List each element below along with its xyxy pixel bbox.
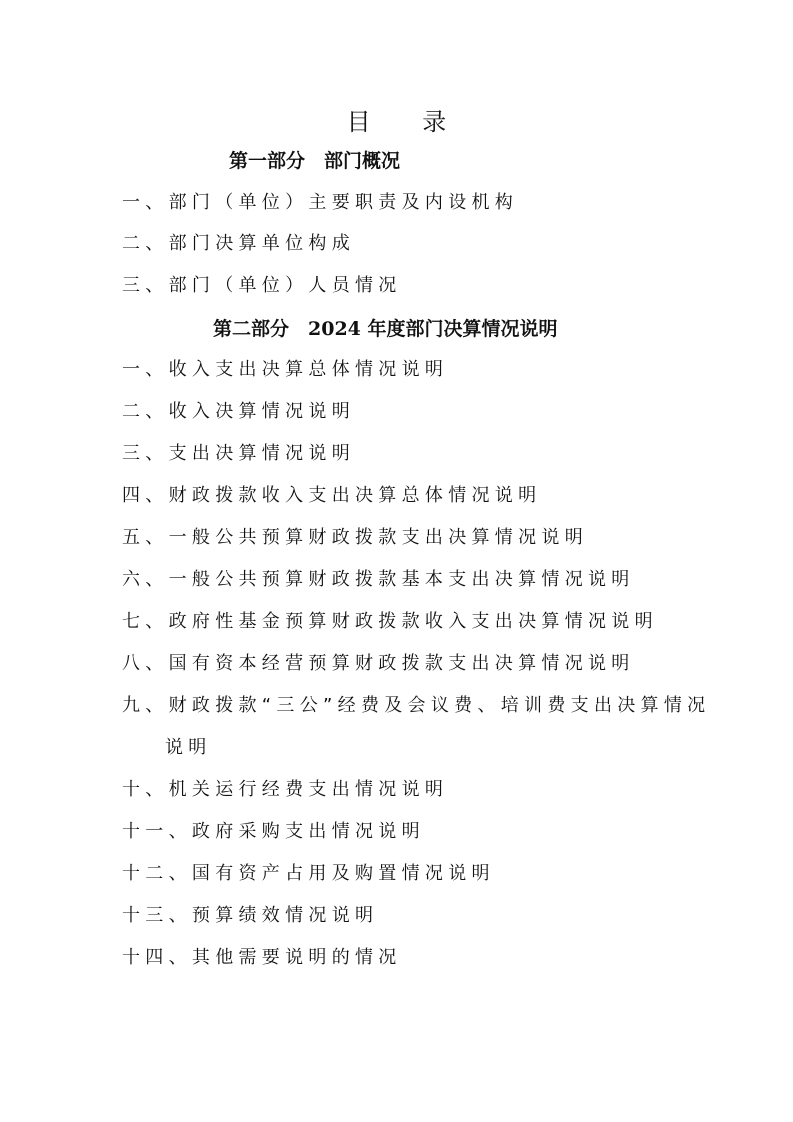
toc-item: 五、一般公共预算财政拨款支出决算情况说明 [122,527,588,549]
toc-page: 目 录 第一部分 部门概况 一、部门（单位）主要职责及内设机构 二、部门决算单位… [0,0,793,1122]
toc-item: 四、财政拨款收入支出决算总体情况说明 [122,485,541,507]
toc-item: 七、政府性基金预算财政拨款收入支出决算情况说明 [122,611,658,633]
toc-item: 三、支出决算情况说明 [122,443,355,465]
toc-title: 目 录 [0,102,793,137]
toc-item: 十三、预算绩效情况说明 [122,905,378,927]
toc-item: 一、收入支出决算总体情况说明 [122,359,448,381]
part-two-heading: 第二部分 2024 年度部门决算情况说明 [213,314,558,341]
toc-item: 一、部门（单位）主要职责及内设机构 [122,192,518,214]
toc-item: 九、财政拨款“三公”经费及会议费、培训费支出决算情况 [122,695,710,717]
toc-item: 十一、政府采购支出情况说明 [122,821,425,843]
toc-item: 三、部门（单位）人员情况 [122,275,402,297]
toc-item: 二、收入决算情况说明 [122,401,355,423]
toc-item: 二、部门决算单位构成 [122,233,355,255]
toc-item: 十二、国有资产占用及购置情况说明 [122,863,495,885]
toc-item: 六、一般公共预算财政拨款基本支出决算情况说明 [122,569,635,591]
toc-item: 十、机关运行经费支出情况说明 [122,779,448,801]
toc-item: 十四、其他需要说明的情况 [122,947,402,969]
part-one-heading: 第一部分 部门概况 [229,146,400,173]
toc-item-continuation: 说明 [165,737,212,759]
toc-item: 八、国有资本经营预算财政拨款支出决算情况说明 [122,653,635,675]
